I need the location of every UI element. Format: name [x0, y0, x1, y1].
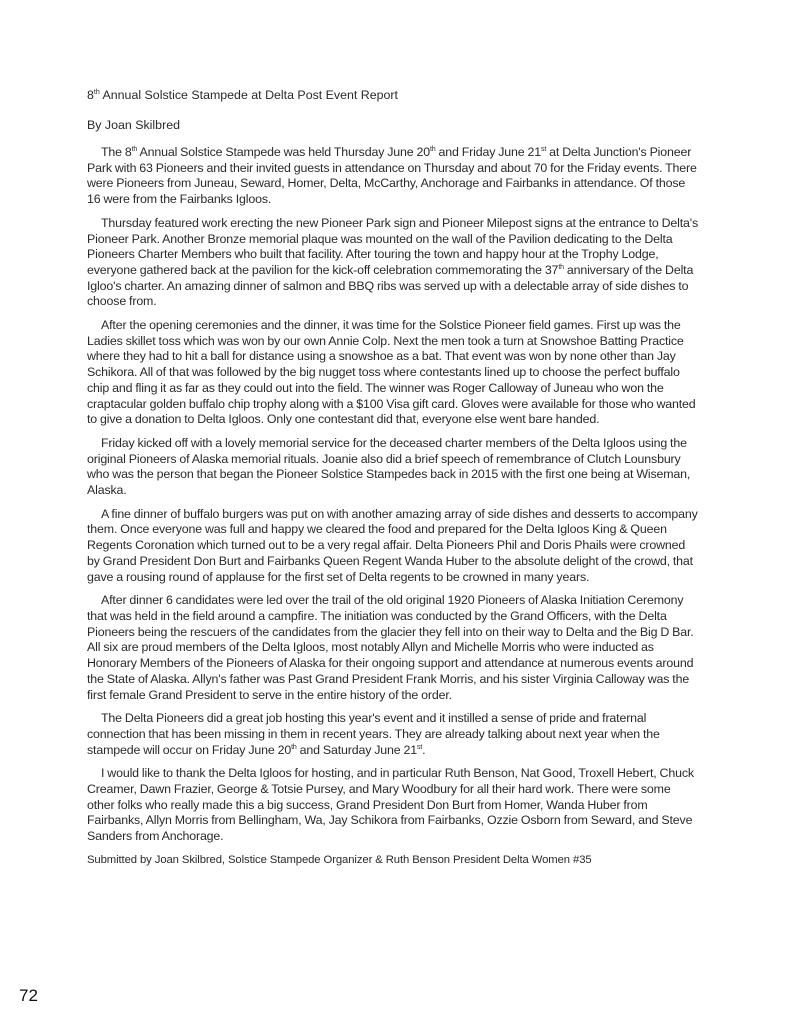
page-number: 72	[19, 986, 38, 1006]
paragraph-overview: The 8th Annual Solstice Stampede was hel…	[87, 145, 699, 208]
paragraph-thanks: I would like to thank the Delta Igloos f…	[87, 766, 699, 845]
paragraph-friday-memorial: Friday kicked off with a lovely memorial…	[87, 436, 699, 499]
paragraph-coronation: A fine dinner of buffalo burgers was put…	[87, 507, 699, 586]
paragraph-initiation: After dinner 6 candidates were led over …	[87, 593, 699, 703]
article-body: 8th Annual Solstice Stampede at Delta Po…	[87, 87, 699, 868]
paragraph-thursday: Thursday featured work erecting the new …	[87, 216, 699, 310]
byline: By Joan Skilbred	[87, 117, 699, 134]
paragraph-next-year: The Delta Pioneers did a great job hosti…	[87, 711, 699, 758]
submitted-by: Submitted by Joan Skilbred, Solstice Sta…	[87, 853, 699, 868]
document-page: 8th Annual Solstice Stampede at Delta Po…	[0, 0, 790, 1025]
article-title: 8th Annual Solstice Stampede at Delta Po…	[87, 87, 699, 104]
paragraph-field-games: After the opening ceremonies and the din…	[87, 318, 699, 428]
